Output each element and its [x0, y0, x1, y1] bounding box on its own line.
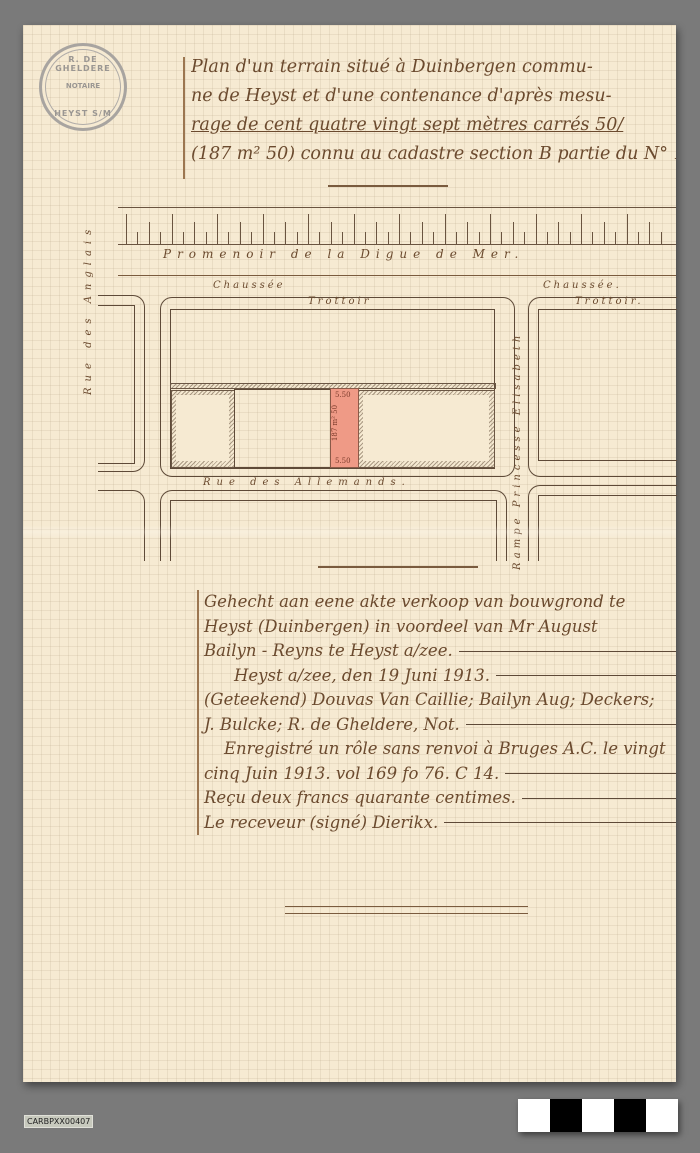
right-block-inner	[538, 309, 677, 461]
ruler-tick	[604, 222, 605, 244]
ruler-tick	[285, 222, 286, 244]
ruler-tick	[536, 214, 537, 244]
parcel-top-dim: 5.50	[335, 391, 351, 399]
ruler-tick	[274, 232, 275, 244]
ruler-tick	[456, 232, 457, 244]
annotation-block: Gehecht aan eene akte verkoop van bouwgr…	[204, 590, 676, 835]
parcel-area: 187 m² 50	[331, 405, 339, 441]
ruler-tick	[376, 222, 377, 244]
ruler-tick	[319, 232, 320, 244]
ruler-tick	[228, 232, 229, 244]
ruler-tick	[490, 214, 491, 244]
calibration-swatch	[550, 1099, 582, 1132]
ruler-tick	[194, 222, 195, 244]
ruler-tick	[558, 222, 559, 244]
ruler-tick	[627, 214, 628, 244]
ruler-tick	[183, 232, 184, 244]
annotation-line: J. Bulcke; R. de Gheldere, Not.	[204, 713, 676, 738]
ruler-tick	[206, 232, 207, 244]
annotation-line: Enregistré un rôle sans renvoi à Bruges …	[204, 737, 676, 762]
ruler-tick	[422, 222, 423, 244]
annotation-line: Heyst a/zee, den 19 Juni 1913.	[204, 664, 676, 689]
ruler-tick	[433, 232, 434, 244]
promenade-edge	[118, 275, 676, 276]
ruler-tick	[592, 232, 593, 244]
ruler-tick	[388, 232, 389, 244]
trottoir-right-label: Trottoir.	[575, 296, 644, 307]
lot-middle	[234, 389, 332, 468]
calibration-swatch	[518, 1099, 550, 1132]
closing-line-bottom	[285, 913, 528, 914]
notary-stamp: R. DE GHELDERE NOTAIRE HEYST S/M	[39, 43, 127, 131]
annotation-text: Gehecht aan eene akte verkoop van bouwgr…	[204, 590, 625, 615]
heading-line: ne de Heyst et d'une contenance d'après …	[191, 82, 676, 111]
annotation-text: Bailyn - Reyns te Heyst a/zee.	[204, 639, 453, 664]
annotation-text: J. Bulcke; R. de Gheldere, Not.	[204, 713, 460, 738]
closing-line-top	[285, 906, 528, 907]
ruler-tick	[297, 232, 298, 244]
ruler-tick	[126, 214, 127, 244]
ruler-tick	[467, 222, 468, 244]
stamp-top-text: R. DE GHELDERE	[42, 55, 124, 73]
lower-block-inner	[170, 500, 497, 561]
ruler-tick	[479, 232, 480, 244]
stamp-bottom-text: HEYST S/M	[42, 109, 124, 118]
heading-line: (187 m² 50) connu au cadastre section B …	[191, 140, 676, 169]
ruler-tick	[308, 214, 309, 244]
ruler-tick	[638, 232, 639, 244]
ruler-tick	[501, 232, 502, 244]
ruler-tick	[251, 232, 252, 244]
color-calibration-bar	[518, 1099, 678, 1132]
annotation-text: Reçu deux francs quarante centimes.	[204, 786, 516, 811]
ruler-tick	[581, 214, 582, 244]
annotation-line: Le receveur (signé) Dierikx.	[204, 811, 676, 836]
ruler-tick	[217, 214, 218, 244]
ruler-tick	[365, 232, 366, 244]
rue-des-anglais-label: Rue des Anglais	[83, 224, 94, 395]
block-left-inner	[98, 305, 135, 464]
annotation-text: Le receveur (signé) Dierikx.	[204, 811, 438, 836]
annotation-line: Bailyn - Reyns te Heyst a/zee.	[204, 639, 676, 664]
plan-separator	[318, 566, 478, 568]
plan-heading: Plan d'un terrain situé à Duinbergen com…	[191, 53, 676, 169]
annotation-line: cinq Juin 1913. vol 169 fo 76. C 14.	[204, 762, 676, 787]
right-lower-block-inner	[538, 495, 677, 561]
ruler-tick	[172, 214, 173, 244]
annotation-line: (Geteekend) Douvas Van Caillie; Bailyn A…	[204, 688, 676, 713]
ruler-tick	[661, 232, 662, 244]
ruler-tick	[354, 214, 355, 244]
ruler-tick	[513, 222, 514, 244]
annotation-line: Heyst (Duinbergen) in voordeel van Mr Au…	[204, 615, 676, 640]
reference-code: CARBPXX00407	[24, 1115, 93, 1128]
ruler-tick	[399, 214, 400, 244]
calibration-swatch	[646, 1099, 678, 1132]
ruler-tick	[570, 232, 571, 244]
calibration-swatch	[582, 1099, 614, 1132]
lot-right-interior	[363, 395, 489, 461]
sold-parcel: 5.50 187 m² 50 5.50	[330, 388, 359, 468]
rampe-label: Rampe Princesse Elisabeth	[512, 332, 523, 570]
heading-line: Plan d'un terrain situé à Duinbergen com…	[191, 53, 676, 82]
document-page: R. DE GHELDERE NOTAIRE HEYST S/M Plan d'…	[23, 25, 676, 1082]
ruler-tick	[331, 222, 332, 244]
annotation-line: Gehecht aan eene akte verkoop van bouwgr…	[204, 590, 676, 615]
parcel-bottom-dim: 5.50	[335, 457, 351, 465]
ruler-tick	[149, 222, 150, 244]
heading-separator	[328, 185, 448, 187]
annotation-line: Reçu deux francs quarante centimes.	[204, 786, 676, 811]
annotation-text: Heyst a/zee, den 19 Juni 1913.	[234, 664, 490, 689]
ruler-tick	[524, 232, 525, 244]
chaussee-right-label: Chaussée.	[543, 280, 622, 291]
annotation-text: Heyst (Duinbergen) in voordeel van Mr Au…	[204, 615, 598, 640]
annotation-text: (Geteekend) Douvas Van Caillie; Bailyn A…	[204, 688, 655, 713]
ruler-tick	[160, 232, 161, 244]
heading-margin-rule	[183, 57, 185, 179]
heading-line: rage de cent quatre vingt sept mètres ca…	[191, 111, 676, 140]
ruler-tick	[240, 222, 241, 244]
trottoir-left-label: Trottoir	[308, 296, 372, 307]
ruler-tick	[615, 232, 616, 244]
annotation-margin-rule	[197, 590, 199, 835]
ruler-tick	[445, 214, 446, 244]
block-left-lower	[98, 490, 145, 561]
stamp-center-text: NOTAIRE	[42, 82, 124, 90]
annotation-text: Enregistré un rôle sans renvoi à Bruges …	[224, 737, 666, 762]
rue-des-allemands-label: Rue des Allemands.	[203, 477, 411, 488]
ruler-tick	[342, 232, 343, 244]
ruler-tick	[649, 222, 650, 244]
calibration-swatch	[614, 1099, 646, 1132]
ruler-tick	[137, 232, 138, 244]
ruler-tick	[410, 232, 411, 244]
ruler-tick	[547, 232, 548, 244]
scale-ruler	[118, 207, 676, 245]
ruler-tick	[263, 214, 264, 244]
promenade-label: Promenoir de la Digue de Mer.	[163, 247, 524, 261]
lot-left-interior	[176, 395, 229, 461]
annotation-text: cinq Juin 1913. vol 169 fo 76. C 14.	[204, 762, 499, 787]
chaussee-left-label: Chaussée	[213, 280, 286, 291]
